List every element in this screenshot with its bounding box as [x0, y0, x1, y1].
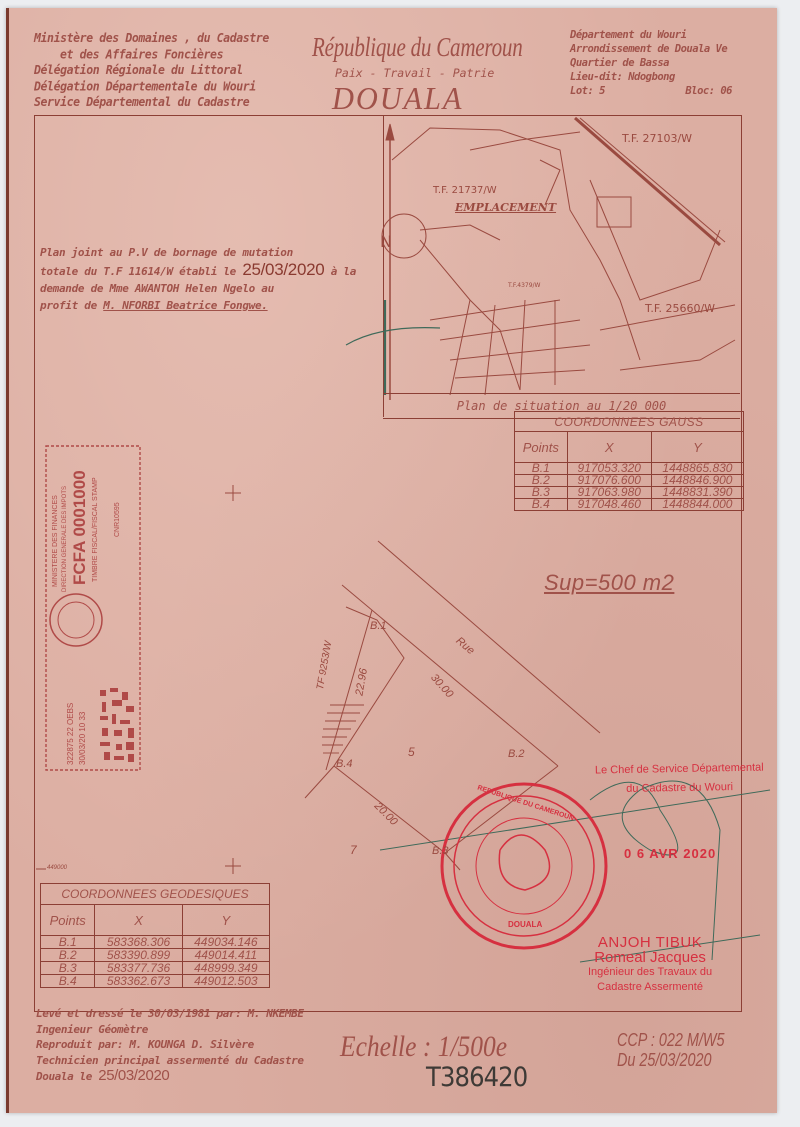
- fiscal-direction: DIRECTION GENERALE DES IMPOTS: [62, 486, 68, 592]
- north-arrow-label: N: [380, 232, 392, 251]
- table-title: COORDONNEES GEODESIQUES: [41, 884, 270, 905]
- point-label: B.4: [336, 758, 353, 770]
- fiscal-ref: 322875 22 OEBS: [66, 703, 75, 765]
- point-label: B.1: [370, 620, 387, 632]
- neighbor-lot-number: 7: [350, 843, 357, 857]
- tf-label: T.F.4379/W: [508, 282, 540, 289]
- chief-stamp-title: Le Chef de Service Départemental du Cada…: [572, 758, 788, 800]
- column-header: X: [567, 432, 651, 463]
- column-header: Points: [515, 432, 568, 463]
- geodetic-coordinates-table: COORDONNEES GEODESIQUES Points X Y B.158…: [40, 883, 270, 988]
- plan-note-line: totale du T.F 11614/W établi le 25/03/20…: [40, 261, 356, 280]
- column-header: Y: [651, 432, 743, 463]
- grid-label: 449000: [47, 865, 67, 871]
- ccp-reference: CCP : 022 M/W5 Du 25/03/2020: [617, 1030, 725, 1070]
- table-row: B.1583368.306449034.146: [41, 936, 270, 949]
- fiscal-stamp: MINISTERE DES FINANCES DIRECTION GENERAL…: [46, 447, 142, 769]
- beneficiary-name: M. NFORBI Beatrice Fongwe.: [103, 299, 267, 312]
- point-label: B.2: [508, 748, 525, 760]
- stamp-date: 0 6 AVR 2020: [624, 846, 716, 861]
- gauss-coordinates-table: COORDONNEES GAUSS Points X Y B.1917053.3…: [514, 411, 744, 511]
- fiscal-ministry: MINISTERE DES FINANCES: [52, 495, 59, 587]
- lot-number: 5: [408, 745, 415, 759]
- fiscal-amount: FCFA 0001000: [70, 470, 90, 585]
- handwritten-date: 25/03/2020: [98, 1067, 169, 1084]
- column-header: Points: [41, 905, 95, 936]
- plan-description: Plan joint au P.V de bornage de mutation…: [40, 244, 356, 314]
- table-row: B.2583390.899449014.411: [41, 949, 270, 962]
- table-row: B.4917048.4601448844.000: [515, 499, 744, 511]
- table-row: B.4583362.673449012.503: [41, 975, 270, 988]
- signatory-stamp: ANJOH TIBUK Romeal Jacques Ingénieur des…: [588, 935, 712, 995]
- seal-city: DOUALA: [508, 920, 542, 929]
- scale-label: Echelle : 1/500e: [340, 1030, 507, 1064]
- plan-note-line: profit de M. NFORBI Beatrice Fongwe.: [40, 297, 356, 314]
- tf-label: T.F. 21737/W: [433, 185, 497, 196]
- point-label: B.3: [432, 845, 449, 857]
- column-header: X: [95, 905, 182, 936]
- column-header: Y: [182, 905, 269, 936]
- table-title: COORDONNEES GAUSS: [515, 412, 744, 432]
- fiscal-type: TIMBRE FISCAL/FISCAL STAMP: [92, 477, 99, 582]
- fiscal-code: CNR10595: [114, 502, 121, 537]
- plan-note-line: demande de Mme AWANTOH Helen Ngelo au: [40, 280, 356, 297]
- handwritten-date: 25/03/2020: [242, 260, 324, 279]
- survey-credits: Levé et dressé le 30/03/1981 par: M. NKE…: [36, 1006, 304, 1085]
- tf-label: T.F. 25660/W: [645, 302, 715, 315]
- surface-area: Sup=500 m2: [544, 570, 674, 596]
- fiscal-ref: 30/03/20 10 33: [78, 712, 87, 765]
- plan-note-line: Plan joint au P.V de bornage de mutation: [40, 244, 356, 261]
- handwritten-number: T386420: [426, 1062, 527, 1093]
- emplacement-label: EMPLACEMENT: [455, 201, 556, 214]
- tf-label: T.F. 27103/W: [622, 132, 692, 145]
- table-row: B.3583377.736448999.349: [41, 962, 270, 975]
